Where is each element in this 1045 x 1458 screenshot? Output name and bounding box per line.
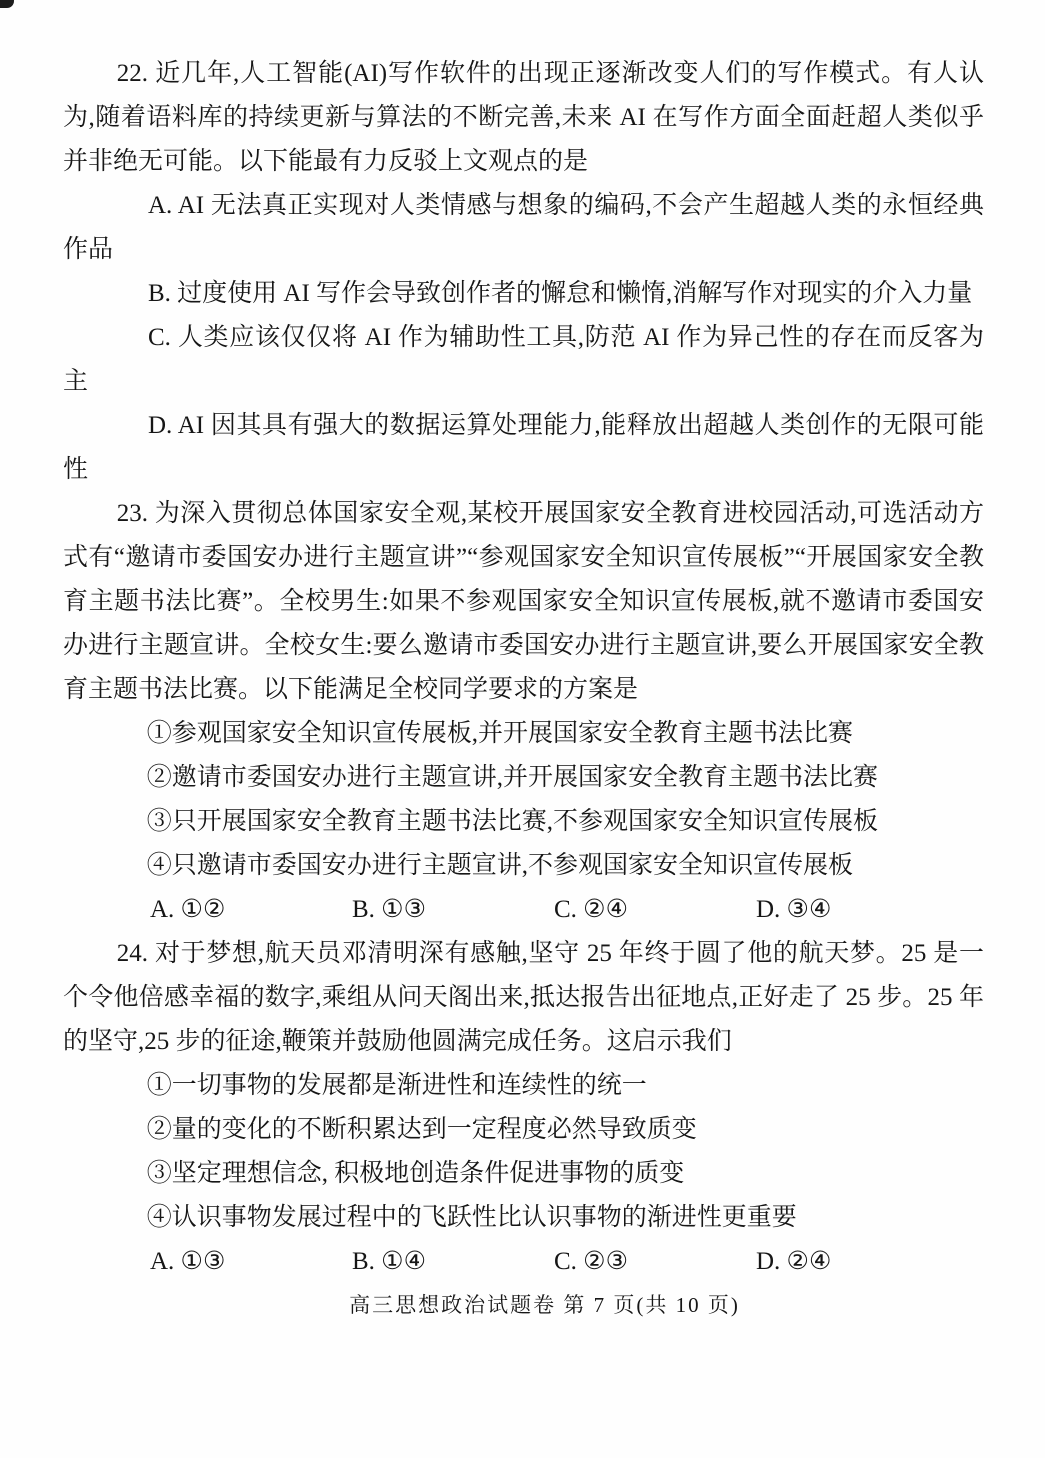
question-23-item-2: ②邀请市委国安办进行主题宣讲,并开展国家安全教育主题书法比赛	[63, 756, 984, 800]
question-24-answer-b: B. ①④	[352, 1240, 554, 1284]
question-24-answer-a: A. ①③	[150, 1240, 352, 1284]
question-24-item-2: ②量的变化的不断积累达到一定程度必然导致质变	[63, 1108, 984, 1152]
question-24-answer-c: C. ②③	[554, 1240, 756, 1284]
page-footer: 高三思想政治试题卷 第 7 页(共 10 页)	[63, 1289, 984, 1321]
question-24-stem: 24. 对于梦想,航天员邓清明深有感触,坚守 25 年终于圆了他的航天梦。25 …	[63, 932, 984, 1064]
question-23-item-1: ①参观国家安全知识宣传展板,并开展国家安全教育主题书法比赛	[63, 712, 984, 756]
question-23-answer-b: B. ①③	[352, 888, 554, 932]
scan-artifact	[0, 0, 14, 8]
question-23-item-3: ③只开展国家安全教育主题书法比赛,不参观国家安全知识宣传展板	[63, 800, 984, 844]
question-24-answer-row: A. ①③ B. ①④ C. ②③ D. ②④	[63, 1240, 984, 1284]
question-23-answer-d: D. ③④	[756, 888, 831, 932]
question-23-item-4: ④只邀请市委国安办进行主题宣讲,不参观国家安全知识宣传展板	[63, 844, 984, 888]
question-24-item-1: ①一切事物的发展都是渐进性和连续性的统一	[63, 1064, 984, 1108]
question-23-answer-row: A. ①② B. ①③ C. ②④ D. ③④	[63, 888, 984, 932]
question-22-stem: 22. 近几年,人工智能(AI)写作软件的出现正逐渐改变人们的写作模式。有人认为…	[63, 52, 984, 184]
question-24: 24. 对于梦想,航天员邓清明深有感触,坚守 25 年终于圆了他的航天梦。25 …	[63, 932, 984, 1284]
question-24-answer-d: D. ②④	[756, 1240, 831, 1284]
question-23-answer-a: A. ①②	[150, 888, 352, 932]
question-22: 22. 近几年,人工智能(AI)写作软件的出现正逐渐改变人们的写作模式。有人认为…	[63, 52, 984, 492]
question-22-option-a: A. AI 无法真正实现对人类情感与想象的编码,不会产生超越人类的永恒经典作品	[63, 184, 984, 272]
question-24-item-3: ③坚定理想信念, 积极地创造条件促进事物的质变	[63, 1152, 984, 1196]
question-23-answer-c: C. ②④	[554, 888, 756, 932]
question-24-item-4: ④认识事物发展过程中的飞跃性比认识事物的渐进性更重要	[63, 1196, 984, 1240]
question-23: 23. 为深入贯彻总体国家安全观,某校开展国家安全教育进校园活动,可选活动方式有…	[63, 492, 984, 932]
question-22-option-b: B. 过度使用 AI 写作会导致创作者的懈怠和懒惰,消解写作对现实的介入力量	[63, 272, 984, 316]
exam-paper-page: 22. 近几年,人工智能(AI)写作软件的出现正逐渐改变人们的写作模式。有人认为…	[0, 0, 1045, 1458]
question-22-option-d: D. AI 因其具有强大的数据运算处理能力,能释放出超越人类创作的无限可能性	[63, 404, 984, 492]
question-23-stem: 23. 为深入贯彻总体国家安全观,某校开展国家安全教育进校园活动,可选活动方式有…	[63, 492, 984, 712]
question-22-option-c: C. 人类应该仅仅将 AI 作为辅助性工具,防范 AI 作为异己性的存在而反客为…	[63, 316, 984, 404]
